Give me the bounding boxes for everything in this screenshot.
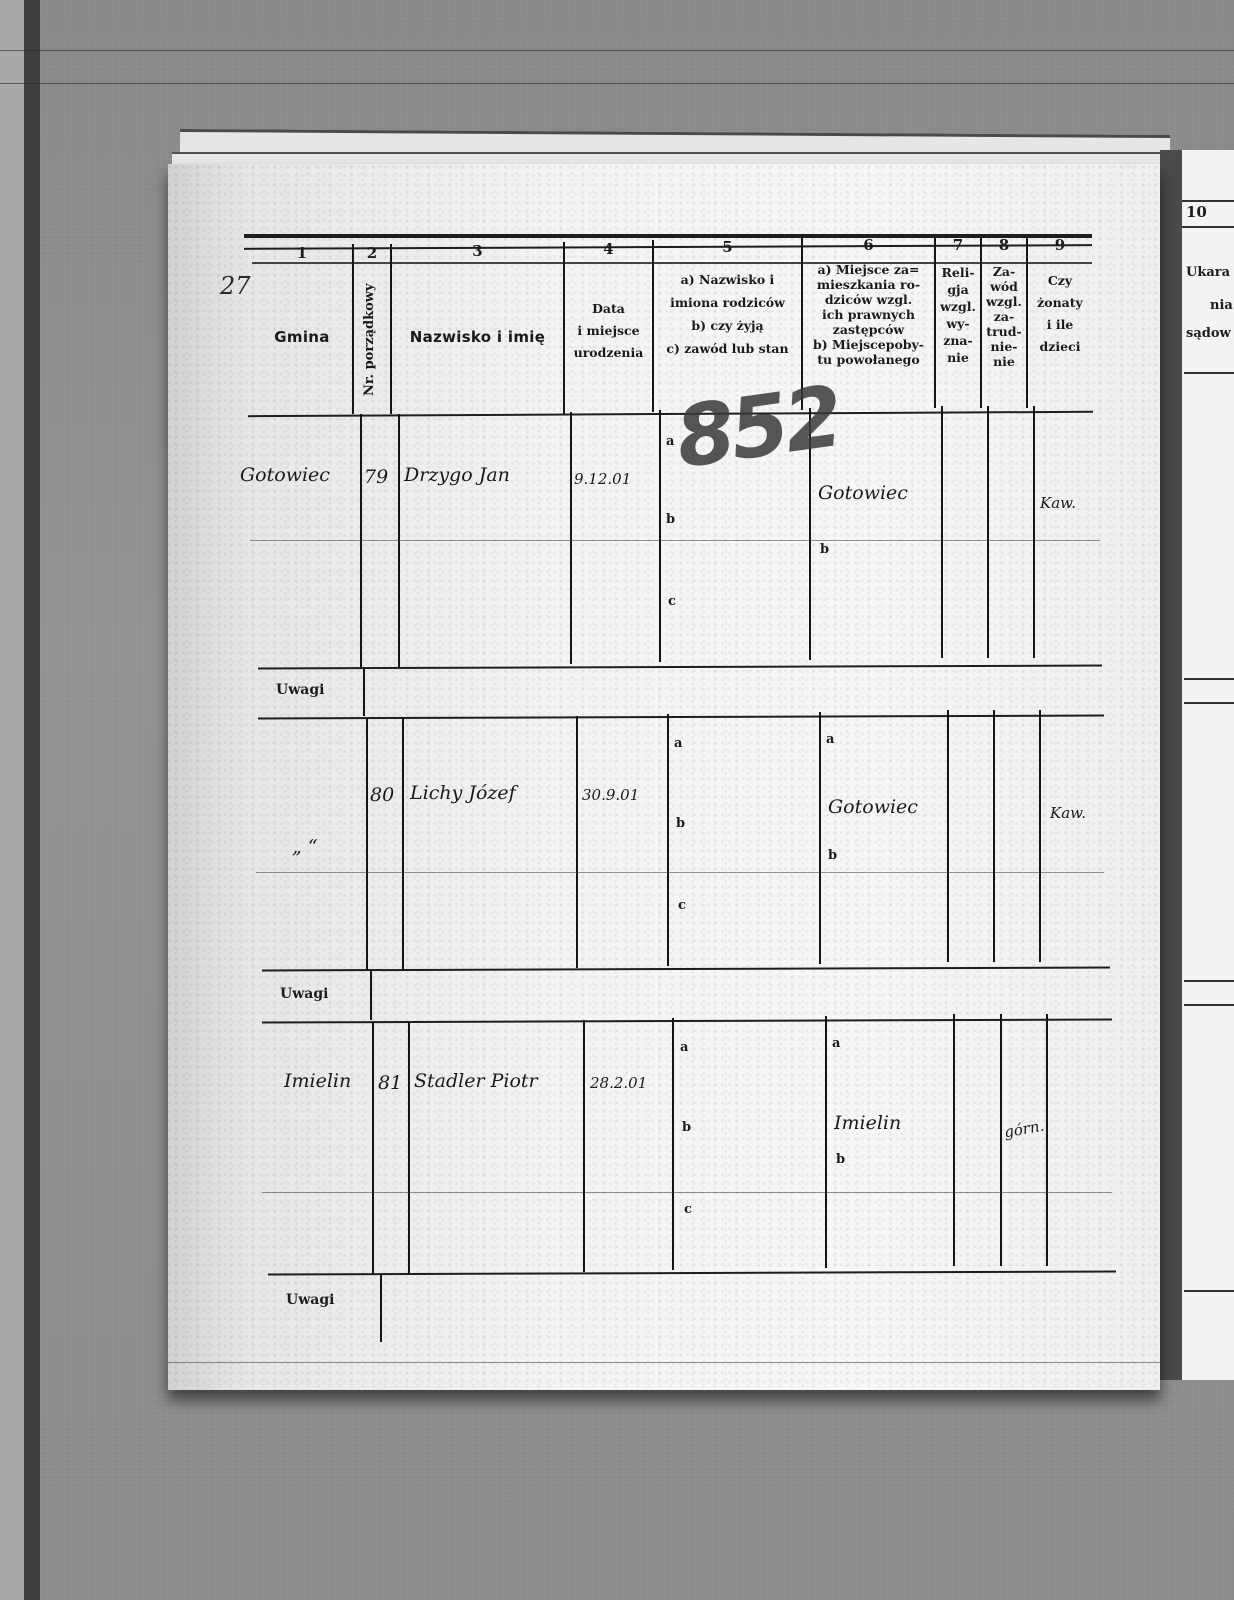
column-divider xyxy=(819,712,821,964)
header-line: wód xyxy=(982,279,1026,294)
record-2-nr: 80 xyxy=(370,784,394,806)
record-2-label-c: c xyxy=(678,898,686,913)
header-religia: Reli- gja wzgl. wy- zna- nie xyxy=(936,264,980,366)
header-line: c) zawód lub stan xyxy=(654,337,801,360)
facing-page-rule xyxy=(1184,980,1234,982)
column-divider xyxy=(352,244,354,414)
column-divider xyxy=(576,716,578,968)
record-1-label-b: b xyxy=(666,512,675,527)
header-line: Reli- xyxy=(936,264,980,281)
column-divider xyxy=(372,1022,374,1274)
column-number-5: 5 xyxy=(654,238,801,256)
header-zawod: Za- wód wzgl. za- trud- nie- nie xyxy=(982,264,1026,369)
header-line: wy- xyxy=(936,315,980,332)
column-divider xyxy=(1046,1014,1048,1266)
facing-page-rule xyxy=(1182,226,1234,228)
header-nr-porzadkowy: Nr. porządkowy xyxy=(362,272,377,408)
facing-page-rule xyxy=(1182,200,1234,202)
header-line: imiona rodziców xyxy=(654,291,801,314)
column-number-3: 3 xyxy=(392,242,563,260)
column-divider xyxy=(953,1014,955,1266)
column-divider xyxy=(947,710,949,962)
header-nazwisko-imie: Nazwisko i imię xyxy=(392,330,563,345)
column-divider xyxy=(398,414,400,668)
remarks-label-1: Uwagi xyxy=(276,682,324,698)
header-gmina: Gmina xyxy=(252,330,352,345)
column-divider xyxy=(941,406,943,658)
header-line: gja xyxy=(936,281,980,298)
header-line: wzgl. xyxy=(936,298,980,315)
column-divider xyxy=(659,410,661,662)
column-divider xyxy=(408,1022,410,1274)
column-divider xyxy=(366,718,368,970)
header-line: nie xyxy=(936,349,980,366)
column-divider xyxy=(360,414,362,668)
header-line: zastępców xyxy=(803,322,934,337)
record-1-label-a: a xyxy=(666,434,674,449)
header-rodzice: a) Nazwisko i imiona rodziców b) czy żyj… xyxy=(654,268,801,360)
record-3-label-a: a xyxy=(680,1040,688,1055)
ruled-line xyxy=(256,872,1104,873)
column-divider xyxy=(667,714,669,966)
column-number-1: 1 xyxy=(252,244,352,262)
record-1-label-c: c xyxy=(668,594,676,609)
header-line: a) Nazwisko i xyxy=(654,268,801,291)
header-line: dzieci xyxy=(1028,336,1092,358)
remarks-divider xyxy=(363,668,365,716)
facing-page-rule xyxy=(1184,678,1234,680)
scan-left-shadow xyxy=(24,0,40,1600)
margin-page-note: 27 xyxy=(220,272,251,300)
ruled-line xyxy=(168,1362,1160,1363)
column-divider xyxy=(1033,406,1035,658)
header-line: za- xyxy=(982,309,1026,324)
record-1-name: Drzygo Jan xyxy=(404,464,510,486)
column-divider xyxy=(583,1020,585,1272)
remarks-divider xyxy=(370,970,372,1020)
facing-header-line: sądow xyxy=(1186,326,1231,341)
column-number-9: 9 xyxy=(1028,236,1092,254)
header-line: zna- xyxy=(936,332,980,349)
facing-header-line: nia xyxy=(1210,298,1233,313)
record-3-label-a2: a xyxy=(832,1036,840,1051)
header-line: b) czy żyją xyxy=(654,314,801,337)
column-divider xyxy=(993,710,995,962)
record-2-label-a: a xyxy=(674,736,682,751)
record-1-marital: Kaw. xyxy=(1040,494,1076,512)
record-1-gmina: Gotowiec xyxy=(240,464,330,486)
header-miejsce-zamieszkania: a) Miejsce za= mieszkania ro- dziców wzg… xyxy=(803,262,934,367)
record-1-nr: 79 xyxy=(364,466,388,488)
scan-artifact-line xyxy=(0,50,1234,51)
record-2-birth-date: 30.9.01 xyxy=(582,786,639,804)
record-2-parents-residence: Gotowiec xyxy=(828,796,918,818)
header-line: b) Miejscepoby- xyxy=(803,337,934,352)
header-line: Za- xyxy=(982,264,1026,279)
record-2-label-b: b xyxy=(676,816,685,831)
record-2-gmina-ditto: „ “ xyxy=(292,836,318,858)
header-line: dziców wzgl. xyxy=(803,292,934,307)
facing-page-rule xyxy=(1184,1290,1234,1292)
header-line: nie- xyxy=(982,339,1026,354)
facing-column-number: 10 xyxy=(1186,203,1207,221)
book-gutter xyxy=(1160,150,1182,1380)
header-line: i miejsce xyxy=(565,320,652,342)
column-divider xyxy=(672,1018,674,1270)
header-line: żonaty xyxy=(1028,292,1092,314)
scan-left-edge xyxy=(0,0,24,1600)
record-2-label-b2: b xyxy=(828,848,837,863)
column-number-8: 8 xyxy=(982,236,1026,254)
facing-page-rule xyxy=(1184,372,1234,374)
header-line: trud- xyxy=(982,324,1026,339)
record-3-name: Stadler Piotr xyxy=(414,1070,538,1092)
record-2-marital: Kaw. xyxy=(1050,804,1086,822)
header-line: mieszkania ro- xyxy=(803,277,934,292)
facing-page-rule xyxy=(1184,1004,1234,1006)
record-3-label-c: c xyxy=(684,1202,692,1217)
remarks-label-3: Uwagi xyxy=(286,1292,334,1308)
header-line: tu powołanego xyxy=(803,352,934,367)
remarks-divider xyxy=(380,1274,382,1342)
facing-page-rule xyxy=(1184,702,1234,704)
column-divider xyxy=(402,718,404,970)
record-1-birth-date: 9.12.01 xyxy=(574,470,631,488)
header-line: i ile xyxy=(1028,314,1092,336)
ruled-line xyxy=(250,540,1100,541)
header-line: nie xyxy=(982,354,1026,369)
record-2-name: Lichy Józef xyxy=(410,782,516,804)
ruled-line xyxy=(262,1192,1112,1193)
record-3-birth-date: 28.2.01 xyxy=(590,1074,647,1092)
column-number-7: 7 xyxy=(936,236,980,254)
record-3-nr: 81 xyxy=(378,1072,402,1094)
column-divider xyxy=(987,406,989,658)
column-divider xyxy=(570,412,572,664)
record-3-label-b2: b xyxy=(836,1152,845,1167)
header-line: ich prawnych xyxy=(803,307,934,322)
column-divider xyxy=(825,1016,827,1268)
scan-artifact-line xyxy=(0,83,1234,84)
header-line: Data xyxy=(565,298,652,320)
column-divider xyxy=(1039,710,1041,962)
record-1-label-b2: b xyxy=(820,542,829,557)
record-3-gmina: Imielin xyxy=(284,1070,351,1092)
record-2-label-a2: a xyxy=(826,732,834,747)
column-number-6: 6 xyxy=(803,236,934,254)
column-divider xyxy=(1000,1014,1002,1266)
header-line: wzgl. xyxy=(982,294,1026,309)
column-number-4: 4 xyxy=(565,240,652,258)
facing-header-line: Ukara xyxy=(1186,265,1230,280)
column-number-2: 2 xyxy=(354,244,390,262)
record-3-label-b: b xyxy=(682,1120,691,1135)
header-line: Czy xyxy=(1028,270,1092,292)
remarks-label-2: Uwagi xyxy=(280,986,328,1002)
header-line: a) Miejsce za= xyxy=(803,262,934,277)
header-data-urodzenia: Data i miejsce urodzenia xyxy=(565,298,652,364)
column-divider xyxy=(390,244,392,414)
header-line: urodzenia xyxy=(565,342,652,364)
record-1-parents-residence: Gotowiec xyxy=(818,482,908,504)
record-3-parents-residence: Imielin xyxy=(834,1112,901,1134)
header-zonaty: Czy żonaty i ile dzieci xyxy=(1028,270,1092,358)
